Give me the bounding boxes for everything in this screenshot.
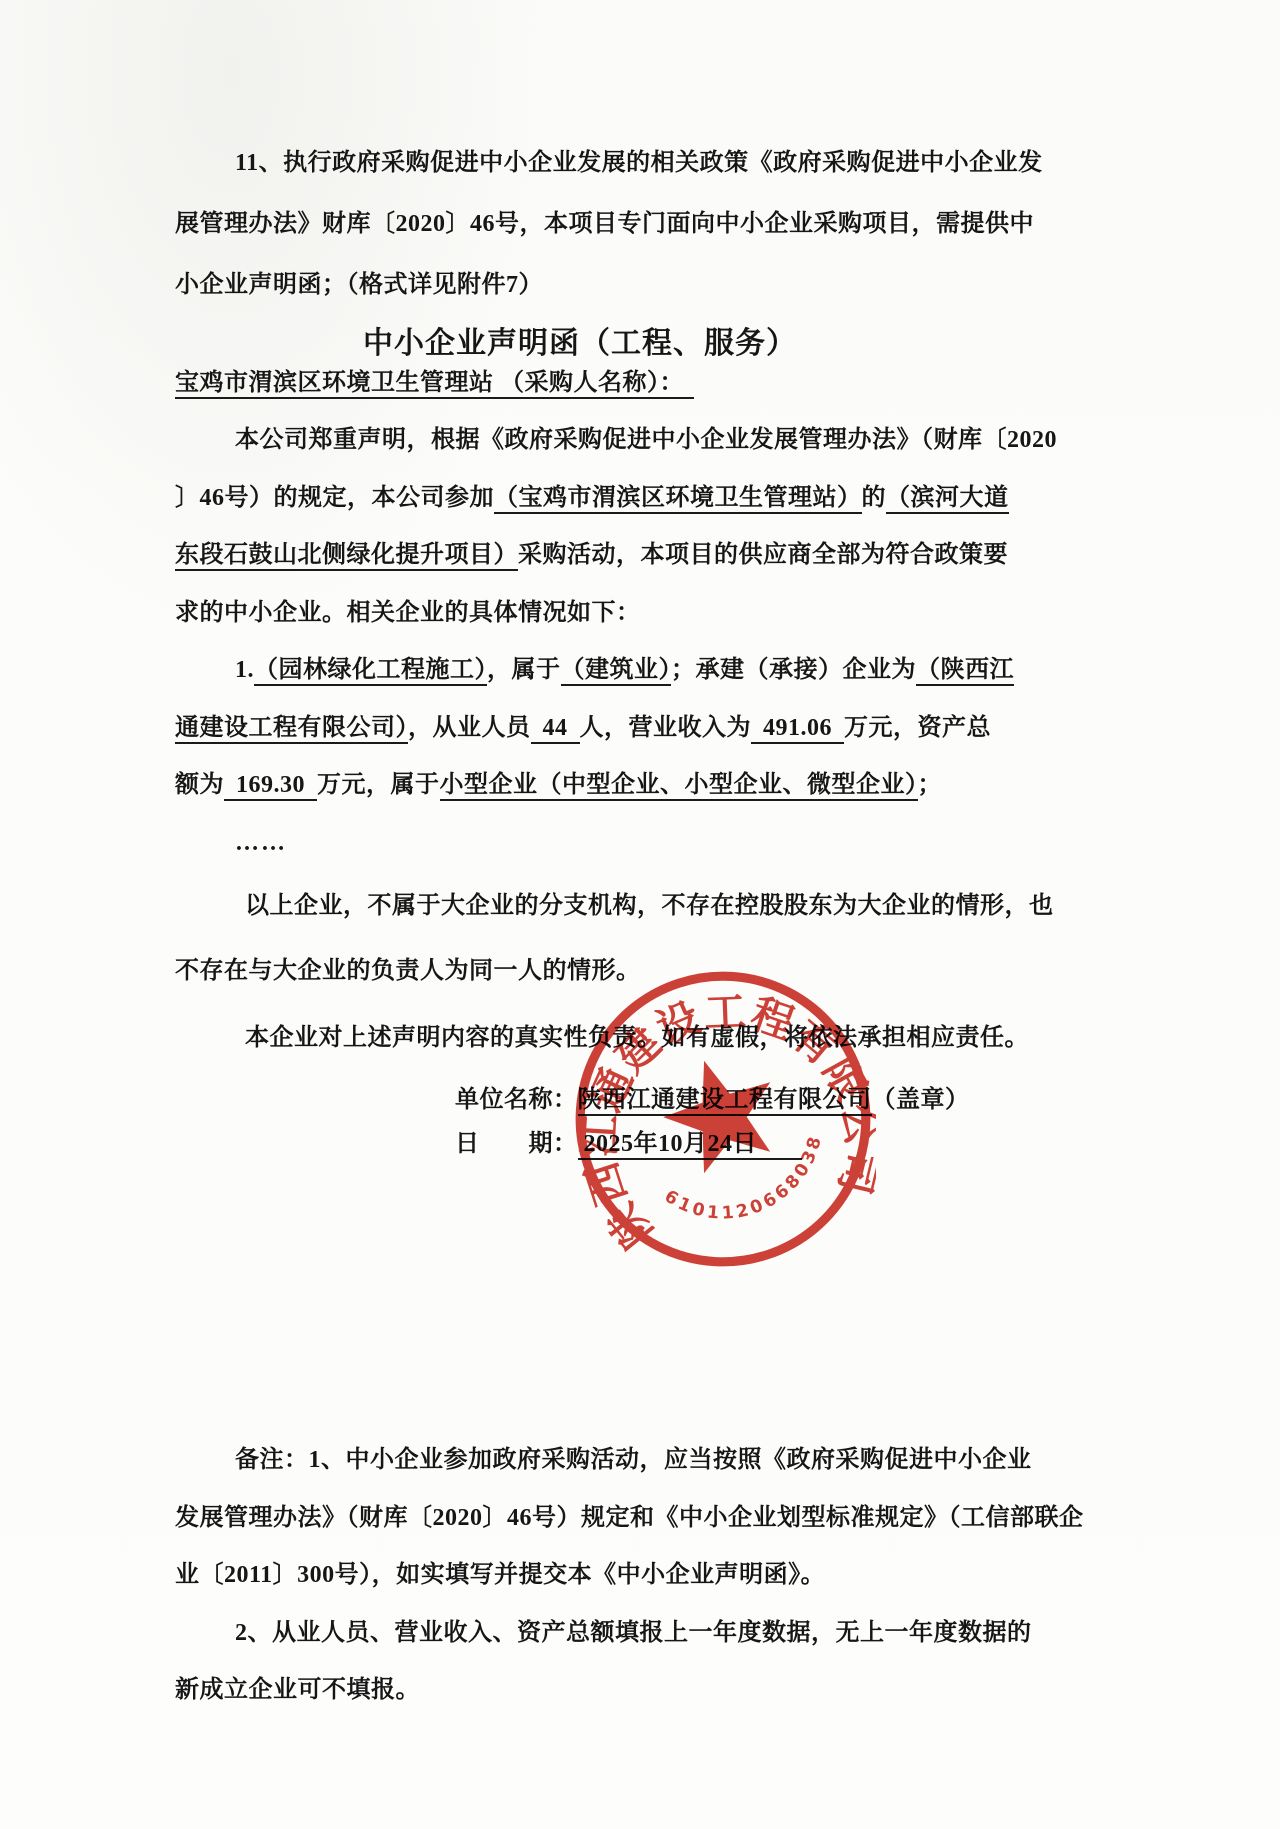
paragraph-line: 发展管理办法》（财库〔2020〕46号）规定和《中小企业划型标准规定》（工信部联… <box>175 1490 985 1548</box>
text-segment: 万元，资产总 <box>844 715 991 741</box>
text-segment: 万元，属于 <box>317 772 440 798</box>
paragraph-line: 求的中小企业。相关企业的具体情况如下： <box>175 585 985 643</box>
paragraph-line: 本企业对上述声明内容的真实性负责。如有虚假，将依法承担相应责任。 <box>175 1012 985 1064</box>
paragraph-line: 通建设工程有限公司），从业人员44人，营业收入为491.06万元，资产总 <box>175 700 985 758</box>
text-segment: 〕46号）的规定，本公司参加 <box>175 485 494 511</box>
text-segment: 采购活动，本项目的供应商全部为符合政策要 <box>518 542 1008 568</box>
statement-paragraph: 以上企业，不属于大企业的分支机构，不存在控股股东为大企业的情形，也 不存在与大企… <box>175 874 985 1004</box>
project-name-fill: （滨河大道 <box>886 485 1009 514</box>
revenue-fill: 491.06 <box>751 715 844 744</box>
declaration-paragraph: 本公司郑重声明，根据《政府采购促进中小企业发展管理办法》（财库〔2020 〕46… <box>175 412 985 872</box>
text-segment: ，从业人员 <box>408 715 531 741</box>
paragraph-line: 不存在与大企业的负责人为同一人的情形。 <box>175 939 985 1004</box>
paragraph-line: 小企业声明函；（格式详见附件7） <box>175 255 985 316</box>
paragraph-line: 1.（园林绿化工程施工），属于（建筑业）；承建（承接）企业为（陕西江 <box>175 642 985 700</box>
paragraph-line: 展管理办法》财库〔2020〕46号，本项目专门面向中小企业采购项目，需提供中 <box>175 194 985 255</box>
paragraph-line: 2、从业人员、营业收入、资产总额填报上一年度数据，无上一年度数据的 <box>175 1605 985 1663</box>
enterprise-type-fill: 小型企业（中型企业、小型企业、微型企业） <box>440 772 918 801</box>
addressee-line: 宝鸡市渭滨区环境卫生管理站 （采购人名称）： <box>175 362 694 404</box>
date-line: 日 期：2025年10月24日 <box>455 1122 1015 1166</box>
signature-block: 单位名称：陕西江通建设工程有限公司（盖章） 日 期：2025年10月24日 <box>455 1078 1015 1166</box>
paragraph-line: 新成立企业可不填报。 <box>175 1662 985 1720</box>
responsibility-paragraph: 本企业对上述声明内容的真实性负责。如有虚假，将依法承担相应责任。 <box>175 1012 985 1064</box>
text-segment: ； <box>918 772 943 798</box>
company-name-fill: 通建设工程有限公司） <box>175 715 408 744</box>
seal-here-label: （盖章） <box>872 1087 970 1113</box>
text-segment: ；承建（承接）企业为 <box>671 657 916 683</box>
text-segment: 的 <box>862 485 887 511</box>
project-name-fill: 东段石鼓山北侧绿化提升项目） <box>175 542 518 571</box>
purchaser-name-fill: （宝鸡市渭滨区环境卫生管理站） <box>494 485 862 514</box>
company-name-fill: （陕西江 <box>916 657 1014 686</box>
paragraph-line: 〕46号）的规定，本公司参加（宝鸡市渭滨区环境卫生管理站）的（滨河大道 <box>175 470 985 528</box>
paragraph-line: 本公司郑重声明，根据《政府采购促进中小企业发展管理办法》（财库〔2020 <box>175 412 985 470</box>
text-segment: 额为 <box>175 772 224 798</box>
notes-paragraph: 备注：1、中小企业参加政府采购活动，应当按照《政府采购促进中小企业 发展管理办法… <box>175 1432 985 1720</box>
unit-name-label: 单位名称： <box>455 1087 578 1113</box>
ellipsis-line: …… <box>175 815 985 873</box>
industry-fill: （建筑业） <box>561 657 672 686</box>
item-number: 1. <box>235 657 254 683</box>
paragraph-line: 东段石鼓山北侧绿化提升项目）采购活动，本项目的供应商全部为符合政策要 <box>175 527 985 585</box>
clause-11-paragraph: 11、执行政府采购促进中小企业发展的相关政策《政府采购促进中小企业发 展管理办法… <box>175 133 985 316</box>
paragraph-line: 11、执行政府采购促进中小企业发展的相关政策《政府采购促进中小企业发 <box>175 133 985 194</box>
text-segment: 人，营业收入为 <box>580 715 752 741</box>
unit-name-line: 单位名称：陕西江通建设工程有限公司（盖章） <box>455 1078 1015 1122</box>
document-page: 11、执行政府采购促进中小企业发展的相关政策《政府采购促进中小企业发 展管理办法… <box>0 0 1280 1829</box>
paragraph-line: 额为169.30万元，属于小型企业（中型企业、小型企业、微型企业）； <box>175 757 985 815</box>
paragraph-line: 业〔2011〕300号），如实填写并提交本《中小企业声明函》。 <box>175 1547 985 1605</box>
contract-content-fill: （园林绿化工程施工） <box>254 657 487 686</box>
paragraph-line: 备注：1、中小企业参加政府采购活动，应当按照《政府采购促进中小企业 <box>175 1432 985 1490</box>
date-value: 2025年10月24日 <box>578 1131 803 1160</box>
purchaser-name: 宝鸡市渭滨区环境卫生管理站 （采购人名称）： <box>175 370 694 399</box>
date-label: 日 期： <box>455 1131 578 1157</box>
assets-fill: 169.30 <box>224 772 317 801</box>
employee-count-fill: 44 <box>531 715 580 744</box>
paragraph-line: 以上企业，不属于大企业的分支机构，不存在控股股东为大企业的情形，也 <box>175 874 985 939</box>
text-segment: ，属于 <box>487 657 561 683</box>
unit-name-value: 陕西江通建设工程有限公司 <box>578 1087 872 1116</box>
